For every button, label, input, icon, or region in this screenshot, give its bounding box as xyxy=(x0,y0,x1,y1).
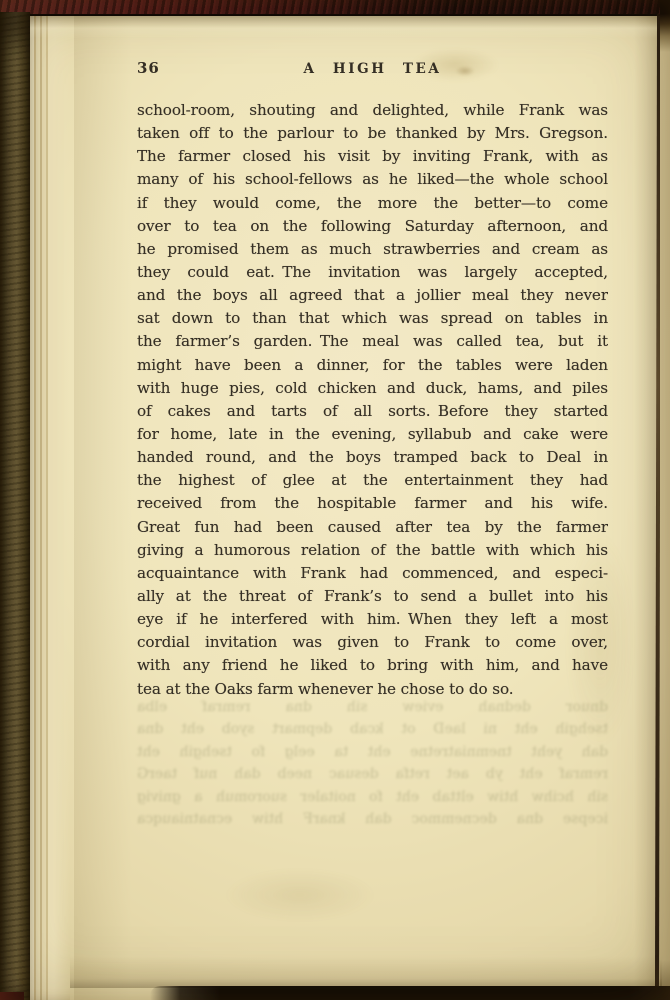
text-line: handed round, and the boys tramped back … xyxy=(137,446,608,469)
cover-spine-left xyxy=(0,12,30,1000)
text-line: received from the hospitable farmer and … xyxy=(137,492,608,515)
text-line: eye if he interfered with him. When they… xyxy=(137,608,608,631)
text-line: many of his school-fellows as he liked—t… xyxy=(137,168,608,191)
gutter-shadow xyxy=(74,12,132,1000)
cover-top-edge xyxy=(0,0,670,16)
text-line: he promised them as much strawberries an… xyxy=(137,238,608,261)
show-through-line: dnuor dednah eview sih dna remraf elba xyxy=(137,696,608,718)
show-through-line: remraf eht yb aet retfa desuac neeb dah … xyxy=(137,763,608,785)
text-line: Great fun had been caused after tea by t… xyxy=(137,516,608,539)
text-line: they could eat. The invitation was large… xyxy=(137,261,608,284)
bottom-dark-edge xyxy=(150,986,670,1000)
text-line: giving a humorous relation of the battle… xyxy=(137,539,608,562)
page-number: 36 xyxy=(137,59,160,77)
show-through-line: tsehgih eht ni laeD ot kcab depmart syob… xyxy=(137,718,608,740)
text-line: taken off to the parlour to be thanked b… xyxy=(137,122,608,145)
paper-stain xyxy=(200,860,400,930)
text-line: sat down to than that which was spread o… xyxy=(137,307,608,330)
text-line: if they would come, the more the better—… xyxy=(137,192,608,215)
show-through-line: icepse dna decnemmoc dah knarF htiw ecna… xyxy=(137,808,608,830)
text-line: cordial invitation was given to Frank to… xyxy=(137,631,608,654)
text-line: with huge pies, cold chicken and duck, h… xyxy=(137,377,608,400)
text-line: might have been a dinner, for the tables… xyxy=(137,354,608,377)
text-line: school-room, shouting and delighted, whi… xyxy=(137,99,608,122)
show-through-text: dnuor dednah eview sih dna remraf elbats… xyxy=(137,696,608,830)
text-line: and the boys all agreed that a jollier m… xyxy=(137,284,608,307)
text-line: for home, late in the evening, syllabub … xyxy=(137,423,608,446)
show-through-line: dah yeht tnemniatretne eht ta eelg fo ts… xyxy=(137,741,608,763)
book-scan: 36 A HIGH TEA school-room, shouting and … xyxy=(0,0,670,1000)
text-line: of cakes and tarts of all sorts. Before … xyxy=(137,400,608,423)
text-line: the highest of glee at the entertainment… xyxy=(137,469,608,492)
text-line: ally at the threat of Frank’s to send a … xyxy=(137,585,608,608)
running-title: A HIGH TEA xyxy=(303,61,441,77)
bottom-page-shadow xyxy=(70,956,662,988)
bottom-left-cover-corner xyxy=(0,992,24,1000)
page-stack-right-strip xyxy=(660,0,670,1000)
text-line: with any friend he liked to bring with h… xyxy=(137,654,608,677)
page-fore-edges xyxy=(28,12,70,1000)
show-through-line: sih hcihw htiw elttab eht fo noitaler su… xyxy=(137,786,608,808)
page-header: 36 A HIGH TEA xyxy=(137,59,608,79)
body-text: school-room, shouting and delighted, whi… xyxy=(137,99,608,701)
text-line: The farmer closed his visit by inviting … xyxy=(137,145,608,168)
text-line: acquaintance with Frank had commenced, a… xyxy=(137,562,608,585)
text-line: the farmer’s garden. The meal was called… xyxy=(137,330,608,353)
text-line: over to tea on the following Saturday af… xyxy=(137,215,608,238)
